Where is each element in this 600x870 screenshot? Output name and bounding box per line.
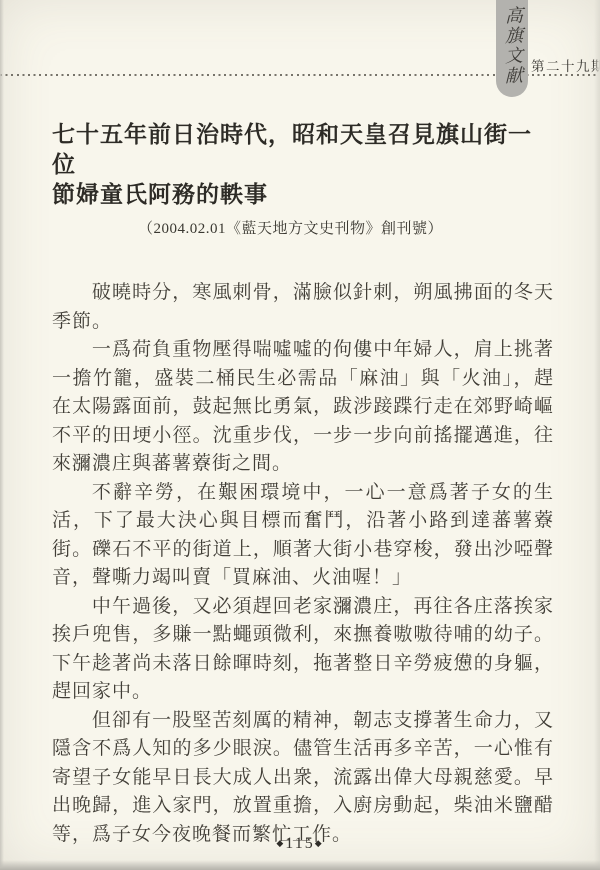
article-title-line1: 七十五年前日治時代，昭和天皇召見旗山街一位 <box>52 120 554 180</box>
paragraph: 不辭辛勞，在艱困環境中，一心一意爲著子女的生活，下了最大決心與目標而奮鬥，沿著小… <box>52 479 554 593</box>
article-body: 七十五年前日治時代，昭和天皇召見旗山街一位 節婦童氏阿務的軼事 （2004.02… <box>0 120 600 849</box>
paragraph: 但卻有一股堅苦刻厲的精神，韌志支撐著生命力，又隱含不爲人知的多少眼淚。儘管生活再… <box>52 707 554 850</box>
page-number-footer: ◆115◆ <box>0 835 600 853</box>
scanned-journal-page: 高旗文献 第二十九期 七十五年前日治時代，昭和天皇召見旗山街一位 節婦童氏阿務的… <box>0 0 600 870</box>
paragraph: 破曉時分，寒風刺骨，滿臉似針刺，朔風拂面的冬天季節。 <box>52 279 554 336</box>
article-title: 七十五年前日治時代，昭和天皇召見旗山街一位 節婦童氏阿務的軼事 <box>52 120 554 210</box>
diamond-ornament-left: ◆ <box>276 838 285 848</box>
article-title-line2: 節婦童氏阿務的軼事 <box>52 180 554 210</box>
page-edge-shadow-bottom <box>0 860 600 870</box>
journal-logo-capsule: 高旗文献 <box>496 0 528 97</box>
article-source-subtitle: （2004.02.01《藍天地方文史刊物》創刊號） <box>138 217 554 238</box>
issue-number-label: 第二十九期 <box>531 55 600 75</box>
paragraph: 中午過後，又必須趕回老家瀰濃庄，再往各庄落挨家挨戶兜售，多賺一點蠅頭微利，來撫養… <box>52 593 554 707</box>
page-edge-shadow-left <box>0 0 4 870</box>
page-edge-shadow-right <box>594 0 600 870</box>
journal-logo-calligraphy: 高旗文献 <box>503 6 521 87</box>
diamond-ornament-right: ◆ <box>315 838 324 848</box>
article-paragraphs: 破曉時分，寒風刺骨，滿臉似針刺，朔風拂面的冬天季節。 一爲荷負重物壓得喘噓噓的佝… <box>52 279 554 849</box>
paragraph: 一爲荷負重物壓得喘噓噓的佝僂中年婦人，肩上挑著一擔竹籠，盛裝二桶民生必需品「麻油… <box>52 336 554 479</box>
page-number: 115 <box>285 835 314 852</box>
